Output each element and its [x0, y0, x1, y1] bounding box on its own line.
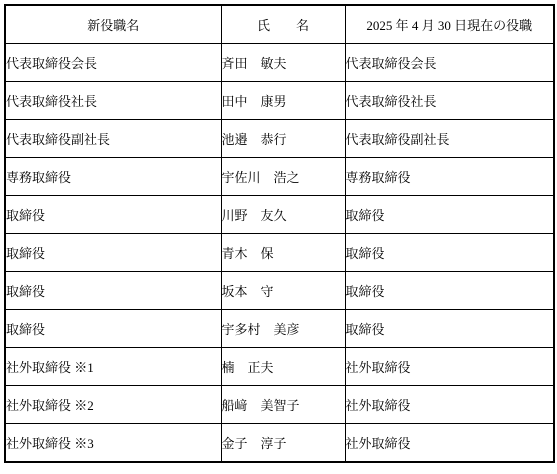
cell-name: 船﨑 美智子	[221, 386, 345, 424]
cell-current-position: 専務取締役	[345, 158, 554, 196]
cell-new-position: 社外取締役 ※3	[5, 424, 221, 463]
cell-current-position: 取締役	[345, 196, 554, 234]
cell-name: 青木 保	[221, 234, 345, 272]
cell-name: 川野 友久	[221, 196, 345, 234]
cell-current-position: 代表取締役会長	[345, 44, 554, 82]
table-row: 代表取締役社長 田中 康男 代表取締役社長	[5, 82, 554, 120]
cell-name: 宇多村 美彦	[221, 310, 345, 348]
cell-current-position: 社外取締役	[345, 386, 554, 424]
cell-new-position: 代表取締役社長	[5, 82, 221, 120]
cell-name: 田中 康男	[221, 82, 345, 120]
cell-new-position: 社外取締役 ※2	[5, 386, 221, 424]
table-row: 取締役 坂本 守 取締役	[5, 272, 554, 310]
cell-name: 楠 正夫	[221, 348, 345, 386]
table-row: 取締役 青木 保 取締役	[5, 234, 554, 272]
cell-current-position: 取締役	[345, 272, 554, 310]
header-name: 氏 名	[221, 5, 345, 44]
header-new-position: 新役職名	[5, 5, 221, 44]
cell-new-position: 取締役	[5, 196, 221, 234]
table-row: 代表取締役副社長 池邉 恭行 代表取締役副社長	[5, 120, 554, 158]
table-row: 社外取締役 ※2 船﨑 美智子 社外取締役	[5, 386, 554, 424]
cell-current-position: 代表取締役社長	[345, 82, 554, 120]
table-row: 取締役 川野 友久 取締役	[5, 196, 554, 234]
cell-new-position: 社外取締役 ※1	[5, 348, 221, 386]
cell-current-position: 社外取締役	[345, 424, 554, 463]
cell-name: 斉田 敏夫	[221, 44, 345, 82]
cell-new-position: 代表取締役会長	[5, 44, 221, 82]
officer-table-container: 新役職名 氏 名 2025 年 4 月 30 日現在の役職 代表取締役会長 斉田…	[4, 4, 555, 463]
table-row: 社外取締役 ※1 楠 正夫 社外取締役	[5, 348, 554, 386]
cell-name: 坂本 守	[221, 272, 345, 310]
cell-current-position: 社外取締役	[345, 348, 554, 386]
cell-new-position: 専務取締役	[5, 158, 221, 196]
table-row: 取締役 宇多村 美彦 取締役	[5, 310, 554, 348]
cell-current-position: 取締役	[345, 310, 554, 348]
cell-name: 池邉 恭行	[221, 120, 345, 158]
cell-new-position: 代表取締役副社長	[5, 120, 221, 158]
header-row: 新役職名 氏 名 2025 年 4 月 30 日現在の役職	[5, 5, 554, 44]
table-row: 専務取締役 宇佐川 浩之 専務取締役	[5, 158, 554, 196]
cell-new-position: 取締役	[5, 310, 221, 348]
cell-current-position: 代表取締役副社長	[345, 120, 554, 158]
cell-name: 宇佐川 浩之	[221, 158, 345, 196]
cell-current-position: 取締役	[345, 234, 554, 272]
officer-table: 新役職名 氏 名 2025 年 4 月 30 日現在の役職 代表取締役会長 斉田…	[4, 4, 555, 463]
cell-name: 金子 淳子	[221, 424, 345, 463]
header-current-position: 2025 年 4 月 30 日現在の役職	[345, 5, 554, 44]
cell-new-position: 取締役	[5, 234, 221, 272]
table-row: 社外取締役 ※3 金子 淳子 社外取締役	[5, 424, 554, 463]
table-row: 代表取締役会長 斉田 敏夫 代表取締役会長	[5, 44, 554, 82]
cell-new-position: 取締役	[5, 272, 221, 310]
